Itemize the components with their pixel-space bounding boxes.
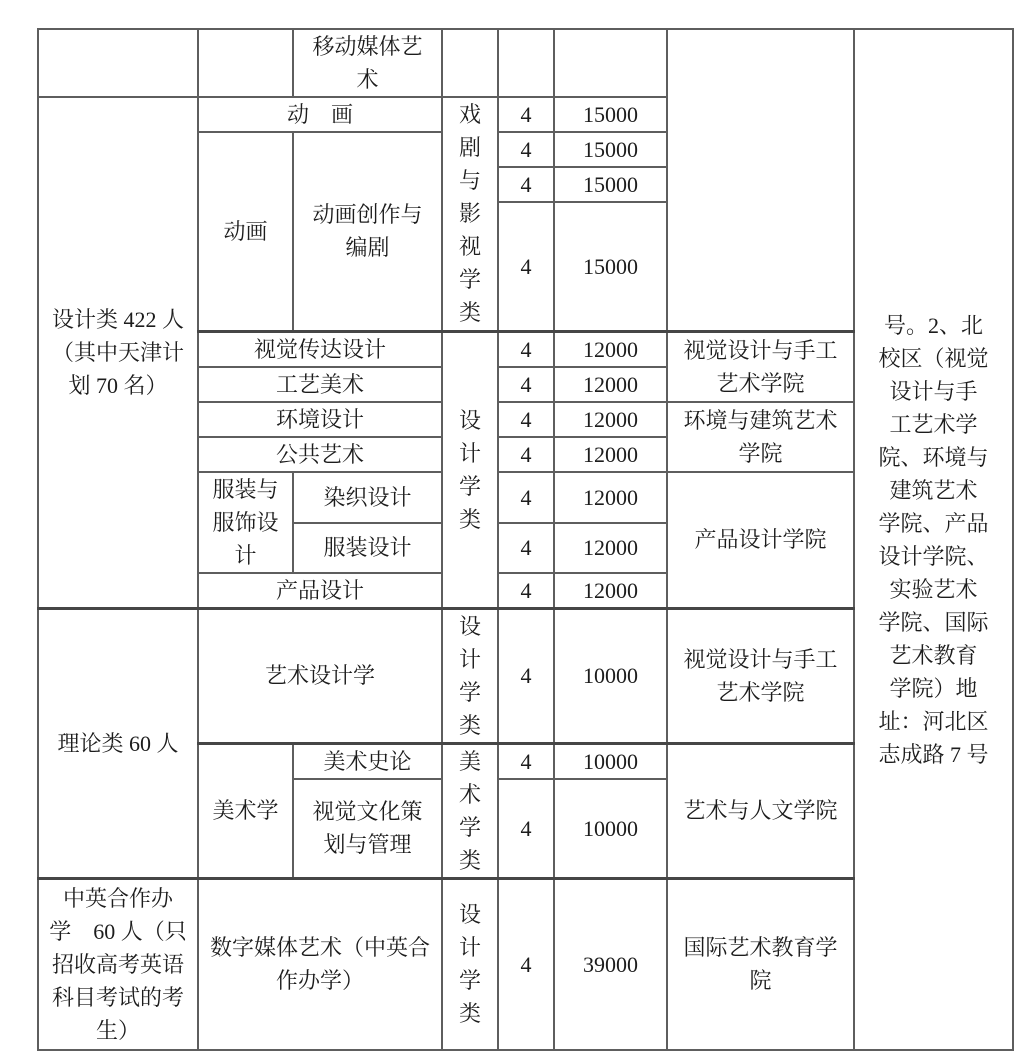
cell-discipline-drama-film: 戏 剧 与 影 视 学 类: [442, 97, 498, 331]
cell-major-arts-crafts: 工艺美术: [198, 367, 442, 402]
cell-discipline-design: 设 计 学 类: [442, 608, 498, 743]
cell-empty-category: [38, 29, 198, 97]
cell-tuition: 12000: [554, 402, 667, 437]
cell-category-design: 设计类 422 人 （其中天津计 划 70 名）: [38, 97, 198, 608]
cell-major-art-design-studies: 艺术设计学: [198, 608, 442, 743]
cell-years: 4: [498, 608, 554, 743]
cell-tuition: 12000: [554, 367, 667, 402]
cell-discipline-design: 设 计 学 类: [442, 331, 498, 608]
cell-tuition: 12000: [554, 573, 667, 609]
cell-years: 4: [498, 97, 554, 132]
cell-tuition: 10000: [554, 779, 667, 878]
cell-category-theory: 理论类 60 人: [38, 608, 198, 878]
cell-major-digital-media-art: 数字媒体艺术（中英合 作办学）: [198, 878, 442, 1050]
cell-years: 4: [498, 779, 554, 878]
cell-major-mobile-media-art: 移动媒体艺 术: [293, 29, 442, 97]
cell-notes: 号。2、北 校区（视觉 设计与手 工艺术学 院、环境与 建筑艺术 学院、产品 设…: [854, 29, 1013, 1050]
cell-college-visual-design-crafts: 视觉设计与手工 艺术学院: [667, 608, 854, 743]
cell-college-arts-humanities: 艺术与人文学院: [667, 743, 854, 878]
cell-years: 4: [498, 523, 554, 573]
cell-years: 4: [498, 743, 554, 779]
admissions-plan-table: 移动媒体艺 术 号。2、北 校区（视觉 设计与手 工艺术学 院、环境与 建筑艺术…: [37, 28, 1014, 1051]
cell-major-visual-communication: 视觉传达设计: [198, 331, 442, 367]
cell-college-product-design: 产品设计学院: [667, 472, 854, 609]
cell-years: 4: [498, 472, 554, 523]
cell-major-public-art: 公共艺术: [198, 437, 442, 472]
cell-discipline-design: 设 计 学 类: [442, 878, 498, 1050]
cell-college-visual-design-crafts: 视觉设计与手工 艺术学院: [667, 331, 854, 402]
cell-tuition: 15000: [554, 132, 667, 167]
cell-years: 4: [498, 331, 554, 367]
cell-years: 4: [498, 132, 554, 167]
cell-years: 4: [498, 202, 554, 331]
cell-tuition: 12000: [554, 437, 667, 472]
cell-discipline-fine-arts: 美 术 学 类: [442, 743, 498, 878]
cell-empty-years: [498, 29, 554, 97]
cell-tuition: 12000: [554, 331, 667, 367]
cell-major-animation: 动 画: [198, 97, 442, 132]
cell-group-animation: 动画: [198, 132, 293, 331]
cell-college-international-art-education: 国际艺术教育学 院: [667, 878, 854, 1050]
cell-major-art-history: 美术史论: [293, 743, 442, 779]
cell-major-dyeing-weaving: 染织设计: [293, 472, 442, 523]
cell-years: 4: [498, 167, 554, 202]
cell-years: 4: [498, 367, 554, 402]
cell-tuition: 39000: [554, 878, 667, 1050]
cell-years: 4: [498, 437, 554, 472]
cell-major-fashion-design: 服装设计: [293, 523, 442, 573]
cell-empty-discipline: [442, 29, 498, 97]
cell-major-environment-design: 环境设计: [198, 402, 442, 437]
cell-major-product-design: 产品设计: [198, 573, 442, 609]
cell-college-environment-architecture: 环境与建筑艺术 学院: [667, 402, 854, 472]
cell-category-sino-uk: 中英合作办 学 60 人（只 招收高考英语 科目考试的考 生）: [38, 878, 198, 1050]
cell-tuition: 15000: [554, 97, 667, 132]
cell-years: 4: [498, 573, 554, 609]
cell-group-fashion: 服装与 服饰设 计: [198, 472, 293, 573]
cell-years: 4: [498, 402, 554, 437]
cell-tuition: 12000: [554, 523, 667, 573]
cell-empty-tuition: [554, 29, 667, 97]
cell-empty-group: [198, 29, 293, 97]
cell-tuition: 10000: [554, 743, 667, 779]
cell-tuition: 12000: [554, 472, 667, 523]
cell-years: 4: [498, 878, 554, 1050]
cell-major-visual-culture: 视觉文化策 划与管理: [293, 779, 442, 878]
cell-tuition: 15000: [554, 167, 667, 202]
cell-tuition: 15000: [554, 202, 667, 331]
cell-tuition: 10000: [554, 608, 667, 743]
cell-empty-college: [667, 29, 854, 331]
cell-major-animation-writing: 动画创作与 编剧: [293, 132, 442, 331]
cell-group-fine-arts: 美术学: [198, 743, 293, 878]
